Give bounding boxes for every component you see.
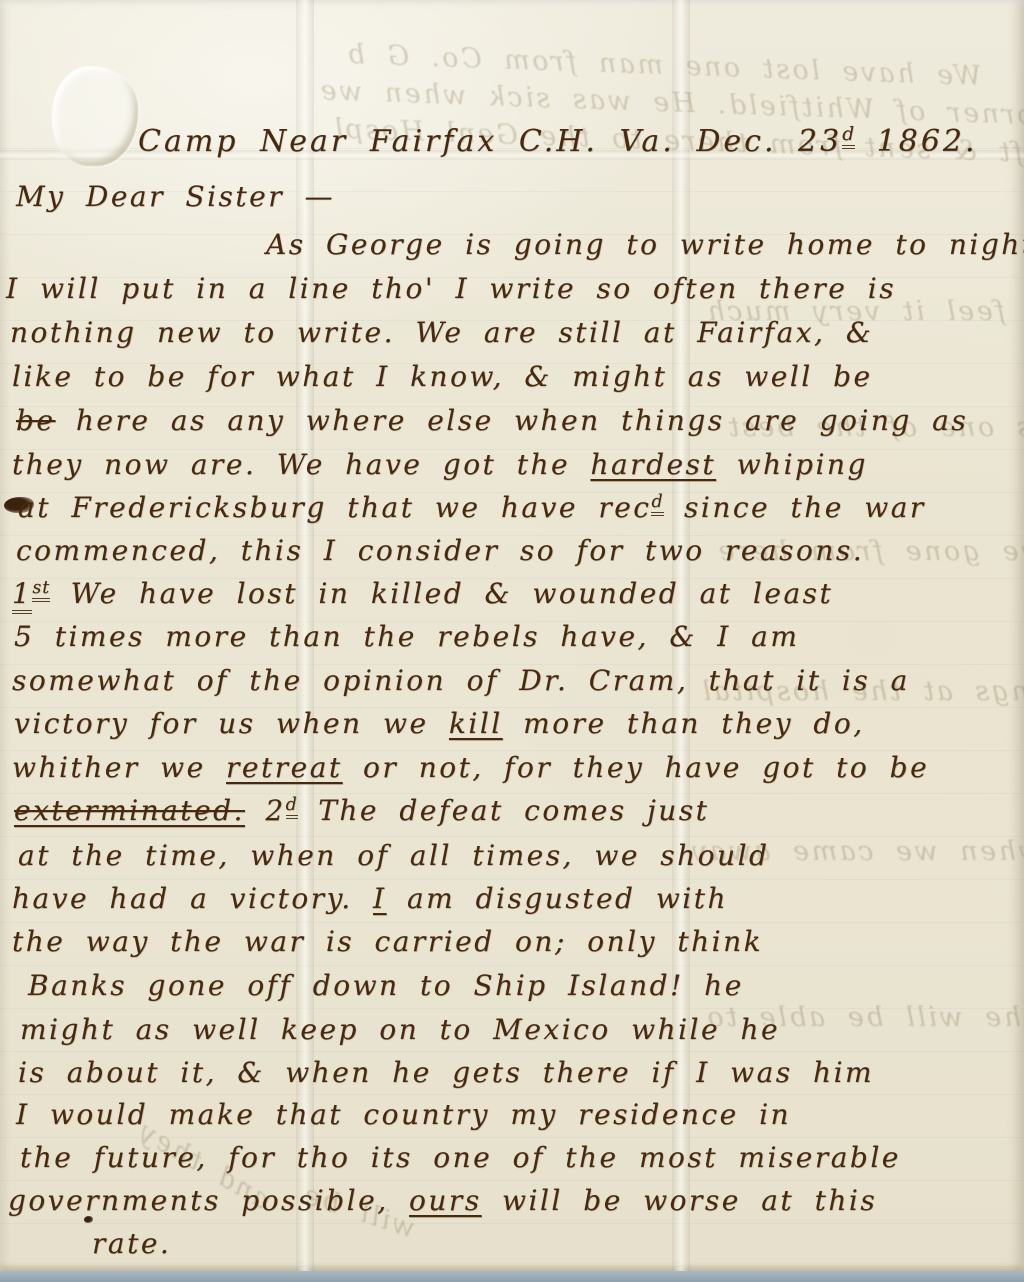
scanner-background-edge — [0, 1271, 1024, 1282]
text-segment: d — [842, 124, 855, 149]
text-segment: As George is going to write home to nigh… — [266, 228, 1024, 261]
letter-line: have had a victory. I am disgusted with — [12, 882, 728, 915]
letter-line: As George is going to write home to nigh… — [266, 228, 1024, 261]
letter-line: victory for us when we kill more than th… — [14, 707, 865, 740]
text-segment: whither we — [12, 751, 226, 784]
letter-line: is about it, & when he gets there if I w… — [18, 1056, 874, 1089]
text-segment: the way the war is carried on; only thin… — [12, 925, 763, 958]
text-segment: 2 — [245, 794, 286, 827]
text-segment: commenced, this I consider so for two re… — [16, 534, 864, 567]
text-segment: I — [373, 882, 387, 915]
letter-line: somewhat of the opinion of Dr. Cram, tha… — [12, 664, 910, 697]
scanned-letter: We have lost one man from Co. G bCorner … — [0, 0, 1024, 1282]
text-segment: d — [651, 492, 663, 516]
text-segment: rate. — [92, 1227, 171, 1260]
embossed-paper-seal — [52, 66, 138, 166]
text-segment: or not, for they have got to be — [343, 751, 930, 784]
letter-line: 1st We have lost in killed & wounded at … — [12, 577, 833, 610]
text-segment: like to be for what I know, & might as w… — [12, 360, 873, 393]
letter-line: My Dear Sister — — [16, 180, 335, 213]
text-segment: whiping — [716, 448, 868, 481]
text-segment: 5 times more than the rebels have, & I a… — [14, 620, 799, 653]
letter-line: like to be for what I know, & might as w… — [12, 360, 873, 393]
letter-line: they now are. We have got the hardest wh… — [12, 448, 868, 481]
letter-line: Banks gone off down to Ship Island! he — [28, 969, 744, 1002]
letter-line: 5 times more than the rebels have, & I a… — [14, 620, 799, 653]
text-segment: will be worse at this — [482, 1184, 878, 1217]
text-segment: My Dear Sister — — [16, 180, 335, 213]
text-segment: they now are. We have got the — [12, 448, 590, 481]
text-segment: governments possible, — [8, 1184, 409, 1217]
text-segment: st — [32, 578, 50, 602]
text-segment: Camp Near Fairfax C.H. Va. Dec. 23 — [138, 124, 842, 159]
text-segment: is about it, & when he gets there if I w… — [18, 1056, 874, 1089]
text-segment: the future, for tho its one of the most … — [20, 1141, 901, 1174]
text-segment: am disgusted with — [387, 882, 728, 915]
text-segment: exterminated. — [14, 794, 245, 827]
ink-blot — [84, 1216, 93, 1223]
text-segment: kill — [449, 707, 503, 740]
text-segment: hardest — [590, 448, 716, 481]
letter-line: the future, for tho its one of the most … — [20, 1141, 901, 1174]
text-segment: 1 — [12, 577, 32, 614]
letter-line: whither we retreat or not, for they have… — [12, 751, 929, 784]
text-segment: 1862. — [855, 124, 977, 159]
text-segment: Banks gone off down to Ship Island! he — [28, 969, 744, 1002]
text-segment: ours — [409, 1184, 482, 1217]
letter-paper: We have lost one man from Co. G bCorner … — [0, 0, 1024, 1271]
text-segment: at the time, when of all times, we shoul… — [18, 839, 769, 872]
letter-line: be here as any where else when things ar… — [16, 404, 968, 437]
letter-line: I would make that country my residence i… — [16, 1098, 791, 1131]
text-segment: here as any where else when things are g… — [56, 404, 969, 437]
text-segment: victory for us when we — [14, 707, 449, 740]
text-segment: somewhat of the opinion of Dr. Cram, tha… — [12, 664, 910, 697]
text-segment: retreat — [226, 751, 343, 784]
letter-line: I will put in a line tho' I write so oft… — [6, 272, 896, 305]
letter-line: might as well keep on to Mexico while he — [20, 1013, 780, 1046]
text-segment: nothing new to write. We are still at Fa… — [10, 316, 873, 349]
letter-line: nothing new to write. We are still at Fa… — [10, 316, 873, 349]
letter-line: rate. — [92, 1227, 171, 1260]
letter-line: at Fredericksburg that we have recd sinc… — [18, 491, 926, 524]
letter-line: Camp Near Fairfax C.H. Va. Dec. 23d 1862… — [138, 124, 978, 159]
text-segment: more than they do, — [503, 707, 865, 740]
text-segment: might as well keep on to Mexico while he — [20, 1013, 780, 1046]
text-segment: d — [286, 795, 298, 819]
text-segment: I would make that country my residence i… — [16, 1098, 791, 1131]
text-segment: have had a victory. — [12, 882, 373, 915]
letter-line: exterminated. 2d The defeat comes just — [14, 794, 709, 827]
letter-line: governments possible, ours will be worse… — [8, 1184, 877, 1217]
text-segment: I will put in a line tho' I write so oft… — [6, 272, 896, 305]
text-segment: at Fredericksburg that we have rec — [18, 491, 651, 524]
letter-line: the way the war is carried on; only thin… — [12, 925, 763, 958]
text-segment: The defeat comes just — [298, 794, 710, 827]
letter-line: commenced, this I consider so for two re… — [16, 534, 864, 567]
letter-line: at the time, when of all times, we shoul… — [18, 839, 769, 872]
text-segment: We have lost in killed & wounded at leas… — [50, 577, 833, 610]
text-segment: since the war — [664, 491, 926, 524]
text-segment: be — [16, 404, 56, 437]
